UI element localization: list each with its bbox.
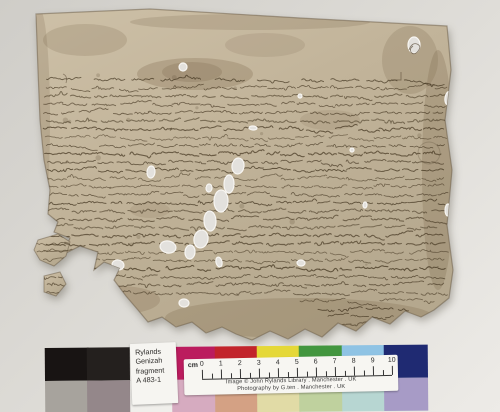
ruler-number: 2 <box>238 360 242 367</box>
shelfmark: A 483-1 <box>136 374 177 385</box>
ruler-number: 5 <box>295 359 299 366</box>
color-patch <box>87 380 131 412</box>
ruler-number: 8 <box>352 358 356 365</box>
ruler-number: 0 <box>200 361 204 368</box>
ruler-unit-label: cm <box>188 362 198 369</box>
ruler-cm-tick <box>202 370 203 379</box>
photograph-of-manuscript: Rylands Genizah fragment A 483-1 cm Imag… <box>0 0 500 412</box>
ruler-cm-tick <box>297 368 298 377</box>
ruler-cm-tick <box>316 367 317 376</box>
ruler-half-cm-tick <box>287 372 288 377</box>
ruler-half-cm-tick <box>363 370 364 375</box>
specimen-label: Rylands Genizah fragment A 483-1 <box>130 342 179 405</box>
ruler-number: 7 <box>333 358 337 365</box>
ruler-cm-tick <box>221 369 222 378</box>
ruler-cm-tick <box>240 369 241 378</box>
ruler-number: 10 <box>388 357 396 364</box>
ruler-cm-tick <box>259 369 260 378</box>
cm-ruler: cm Image © John Rylands Library . Manche… <box>184 355 399 395</box>
ruler-cm-tick <box>278 368 279 377</box>
ruler-half-cm-tick <box>230 373 231 378</box>
ruler-cm-tick <box>335 367 336 376</box>
color-patch <box>45 381 89 412</box>
ruler-number: 1 <box>219 360 223 367</box>
ruler-half-cm-tick <box>344 371 345 376</box>
ruler-half-cm-tick <box>211 374 212 379</box>
ruler-number: 6 <box>314 358 318 365</box>
ruler-number: 3 <box>257 360 261 367</box>
color-patch <box>87 347 131 380</box>
color-patch <box>45 348 89 381</box>
ruler-cm-tick <box>354 367 355 376</box>
ruler-number: 9 <box>371 357 375 364</box>
ruler-half-cm-tick <box>306 372 307 377</box>
ruler-cm-tick <box>392 366 393 375</box>
ruler-half-cm-tick <box>325 371 326 376</box>
color-calibration-chart <box>0 0 500 412</box>
ruler-number: 4 <box>276 359 280 366</box>
ruler-cm-tick <box>373 366 374 375</box>
ruler-half-cm-tick <box>382 370 383 375</box>
ruler-half-cm-tick <box>249 373 250 378</box>
ruler-half-cm-tick <box>268 372 269 377</box>
